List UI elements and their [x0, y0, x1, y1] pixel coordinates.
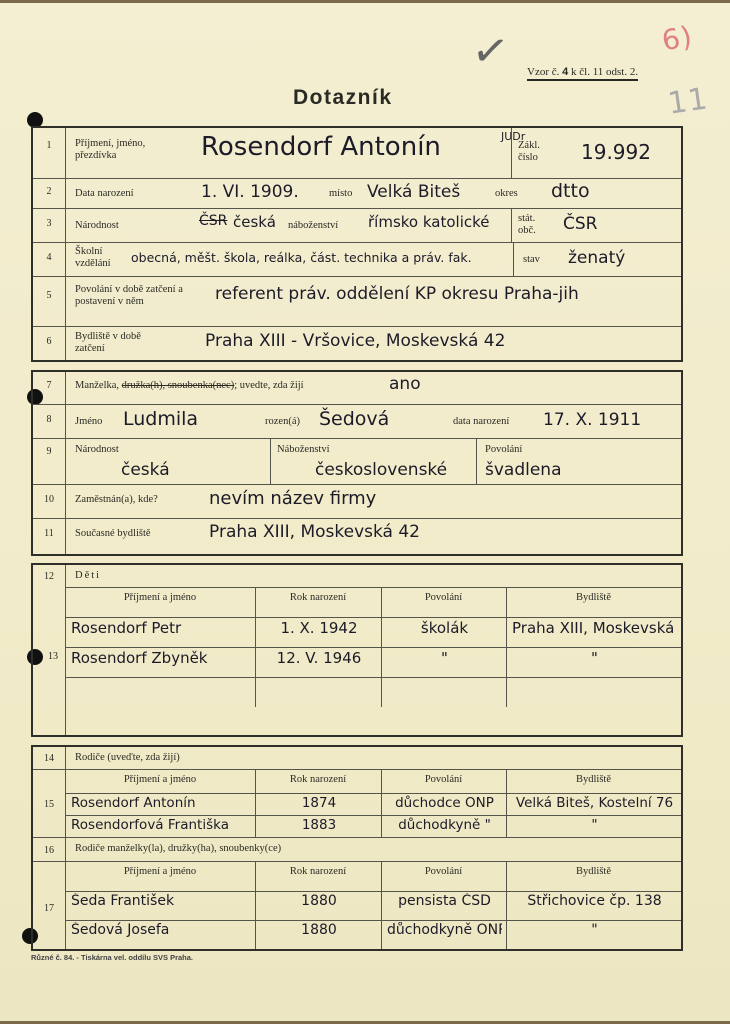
citizenship-value: ČSR: [563, 214, 597, 234]
table-cell: Rosendorf Antonín: [71, 795, 251, 811]
column-header: Rok narození: [255, 774, 381, 785]
personal-data-section: 1 Příjmení, jméno, přezdívka Rosendorf A…: [31, 126, 683, 362]
row-number: 4: [33, 252, 65, 263]
table-cell: Šeda František: [71, 893, 251, 909]
spouse-occupation-value: švadlena: [485, 460, 562, 480]
religion-label: náboženství: [288, 220, 338, 232]
maiden-name-value: Šedová: [319, 408, 389, 430]
marital-status-value: ženatý: [568, 248, 625, 268]
birth-date-value: 1. VI. 1909.: [201, 182, 299, 202]
spouse-occupation-label: Povolání: [485, 444, 522, 456]
column-header: Rok narození: [255, 592, 381, 603]
table-cell: ": [512, 817, 677, 833]
scan-edge-top: [0, 0, 730, 3]
current-residence-label: Současné bydliště: [75, 528, 151, 540]
page-title: Dotazník: [293, 86, 393, 110]
table-cell: ": [387, 649, 502, 667]
red-page-annotation: 6): [659, 20, 695, 58]
inlaws-title: Rodiče manželky(la), družky(ha), snouben…: [75, 843, 281, 855]
form-reference: Vzor č. 4 k čl. 11 odst. 2.: [527, 66, 638, 81]
table-cell: Velká Biteš, Kostelní 76: [512, 795, 677, 811]
table-cell: důchodkyně ONP: [387, 922, 502, 938]
spouse-nationality-label: Národnost: [75, 444, 119, 456]
zakl-cislo-label: Zákl. číslo: [518, 140, 558, 164]
table-cell: Praha XIII, Moskevská 42: [512, 619, 677, 637]
table-cell: Rosendorfová Františka: [71, 817, 251, 833]
spouse-birth-label: data narození: [453, 416, 509, 428]
row-number: 6: [33, 336, 65, 347]
name-label: Příjmení, jméno, přezdívka: [75, 138, 175, 162]
table-cell: 1. X. 1942: [261, 619, 377, 637]
row-number: 9: [33, 446, 65, 457]
nationality-value: česká: [233, 213, 276, 231]
column-header: Příjmení a jméno: [65, 774, 255, 785]
table-cell: ": [512, 649, 677, 667]
table-cell: důchodce ONP: [387, 795, 502, 811]
employer-value: nevím název firmy: [209, 488, 376, 509]
spouse-label: Manželka, družka(h), snoubenka(nec); uve…: [75, 380, 304, 392]
column-header: Bydliště: [506, 592, 681, 603]
table-cell: Rosendorf Zbyněk: [71, 649, 251, 667]
row-number: 15: [33, 799, 65, 810]
nationality-label: Národnost: [75, 220, 119, 232]
row-number: 14: [33, 753, 65, 764]
spouse-first-name-value: Ludmila: [123, 408, 198, 430]
row-number: 11: [33, 528, 65, 539]
religion-value: římsko katolické: [368, 213, 490, 231]
column-header: Bydliště: [506, 866, 681, 877]
occupation-label: Povolání v době zatčení a postavení v ně…: [75, 284, 215, 308]
row-number: 17: [33, 903, 65, 914]
column-header: Příjmení a jméno: [65, 592, 255, 603]
table-cell: 1880: [261, 893, 377, 909]
column-header: Rok narození: [255, 866, 381, 877]
spouse-birth-value: 17. X. 1911: [543, 410, 641, 430]
form-ref-number: 4: [562, 66, 568, 78]
employer-label: Zaměstnán(a), kde?: [75, 494, 158, 506]
table-cell: 1883: [261, 817, 377, 833]
column-header: Povolání: [381, 592, 506, 603]
row-number: 16: [33, 845, 65, 856]
parents-section: 14 Rodiče (uveďte, zda žijí) 15 16 Rodič…: [31, 745, 683, 951]
children-section: 12 Děti 13 Příjmení a jménoRok narozeníP…: [31, 563, 683, 737]
row-number: 3: [33, 218, 65, 229]
name-value: Rosendorf Antonín: [201, 132, 441, 162]
form-ref-prefix: Vzor č.: [527, 66, 559, 78]
row-number: 7: [33, 380, 65, 391]
row-number: 1: [33, 140, 65, 151]
column-header: Bydliště: [506, 774, 681, 785]
occupation-value: referent práv. oddělení KP okresu Praha-…: [215, 284, 579, 304]
district-value: dtto: [551, 180, 590, 202]
check-mark-annotation: ✓: [469, 24, 514, 80]
spouse-nationality-value: česká: [121, 460, 170, 480]
spouse-religion-value: československé: [315, 460, 447, 480]
table-cell: 12. V. 1946: [261, 649, 377, 667]
zakl-cislo-value: 19.992: [581, 140, 651, 164]
table-cell: Střichovice čp. 138: [512, 893, 677, 909]
place-value: Velká Biteš: [367, 182, 460, 202]
education-value: obecná, měšt. škola, reálka, část. techn…: [131, 250, 472, 265]
table-cell: 1874: [261, 795, 377, 811]
column-header: Příjmení a jméno: [65, 866, 255, 877]
parents-title: Rodiče (uveďte, zda žijí): [75, 752, 180, 764]
column-header: Povolání: [381, 774, 506, 785]
birth-date-label: Data narození: [75, 188, 134, 200]
education-label: Školní vzdělání: [75, 246, 120, 270]
nationality-struck-value: ČSR: [199, 213, 227, 229]
row-number: 13: [37, 651, 69, 662]
table-cell: ": [512, 922, 677, 938]
citizenship-label: stát. obč.: [518, 213, 548, 237]
row-number: 2: [33, 186, 65, 197]
row-number: 12: [33, 571, 65, 582]
table-cell: školák: [387, 619, 502, 637]
residence-value: Praha XIII - Vršovice, Moskevská 42: [205, 331, 505, 351]
table-cell: Rosendorf Petr: [71, 619, 251, 637]
table-cell: 1880: [261, 922, 377, 938]
children-title: Děti: [75, 570, 101, 582]
district-label: okres: [495, 188, 518, 200]
printer-footer: Různé č. 84. - Tiskárna vel. oddílu SVS …: [31, 953, 193, 962]
table-cell: Šedová Josefa: [71, 922, 251, 938]
spouse-alive-value: ano: [389, 374, 421, 394]
row-number: 5: [33, 290, 65, 301]
maiden-name-label: rozen(á): [265, 416, 300, 428]
residence-label: Bydliště v době zatčení: [75, 331, 165, 355]
place-label: místo: [329, 188, 352, 200]
spouse-section: 7 Manželka, družka(h), snoubenka(nec); u…: [31, 370, 683, 556]
spouse-first-name-label: Jméno: [75, 416, 102, 428]
spouse-religion-label: Náboženství: [277, 444, 330, 456]
marital-status-label: stav: [523, 254, 540, 266]
column-header: Povolání: [381, 866, 506, 877]
form-ref-suffix: k čl. 11 odst. 2.: [571, 66, 638, 78]
table-cell: důchodkyně ": [387, 817, 502, 833]
pencil-annotation: 11: [666, 81, 711, 121]
current-residence-value: Praha XIII, Moskevská 42: [209, 522, 420, 542]
table-cell: pensista ČSD: [387, 893, 502, 909]
row-number: 10: [33, 494, 65, 505]
row-number: 8: [33, 414, 65, 425]
